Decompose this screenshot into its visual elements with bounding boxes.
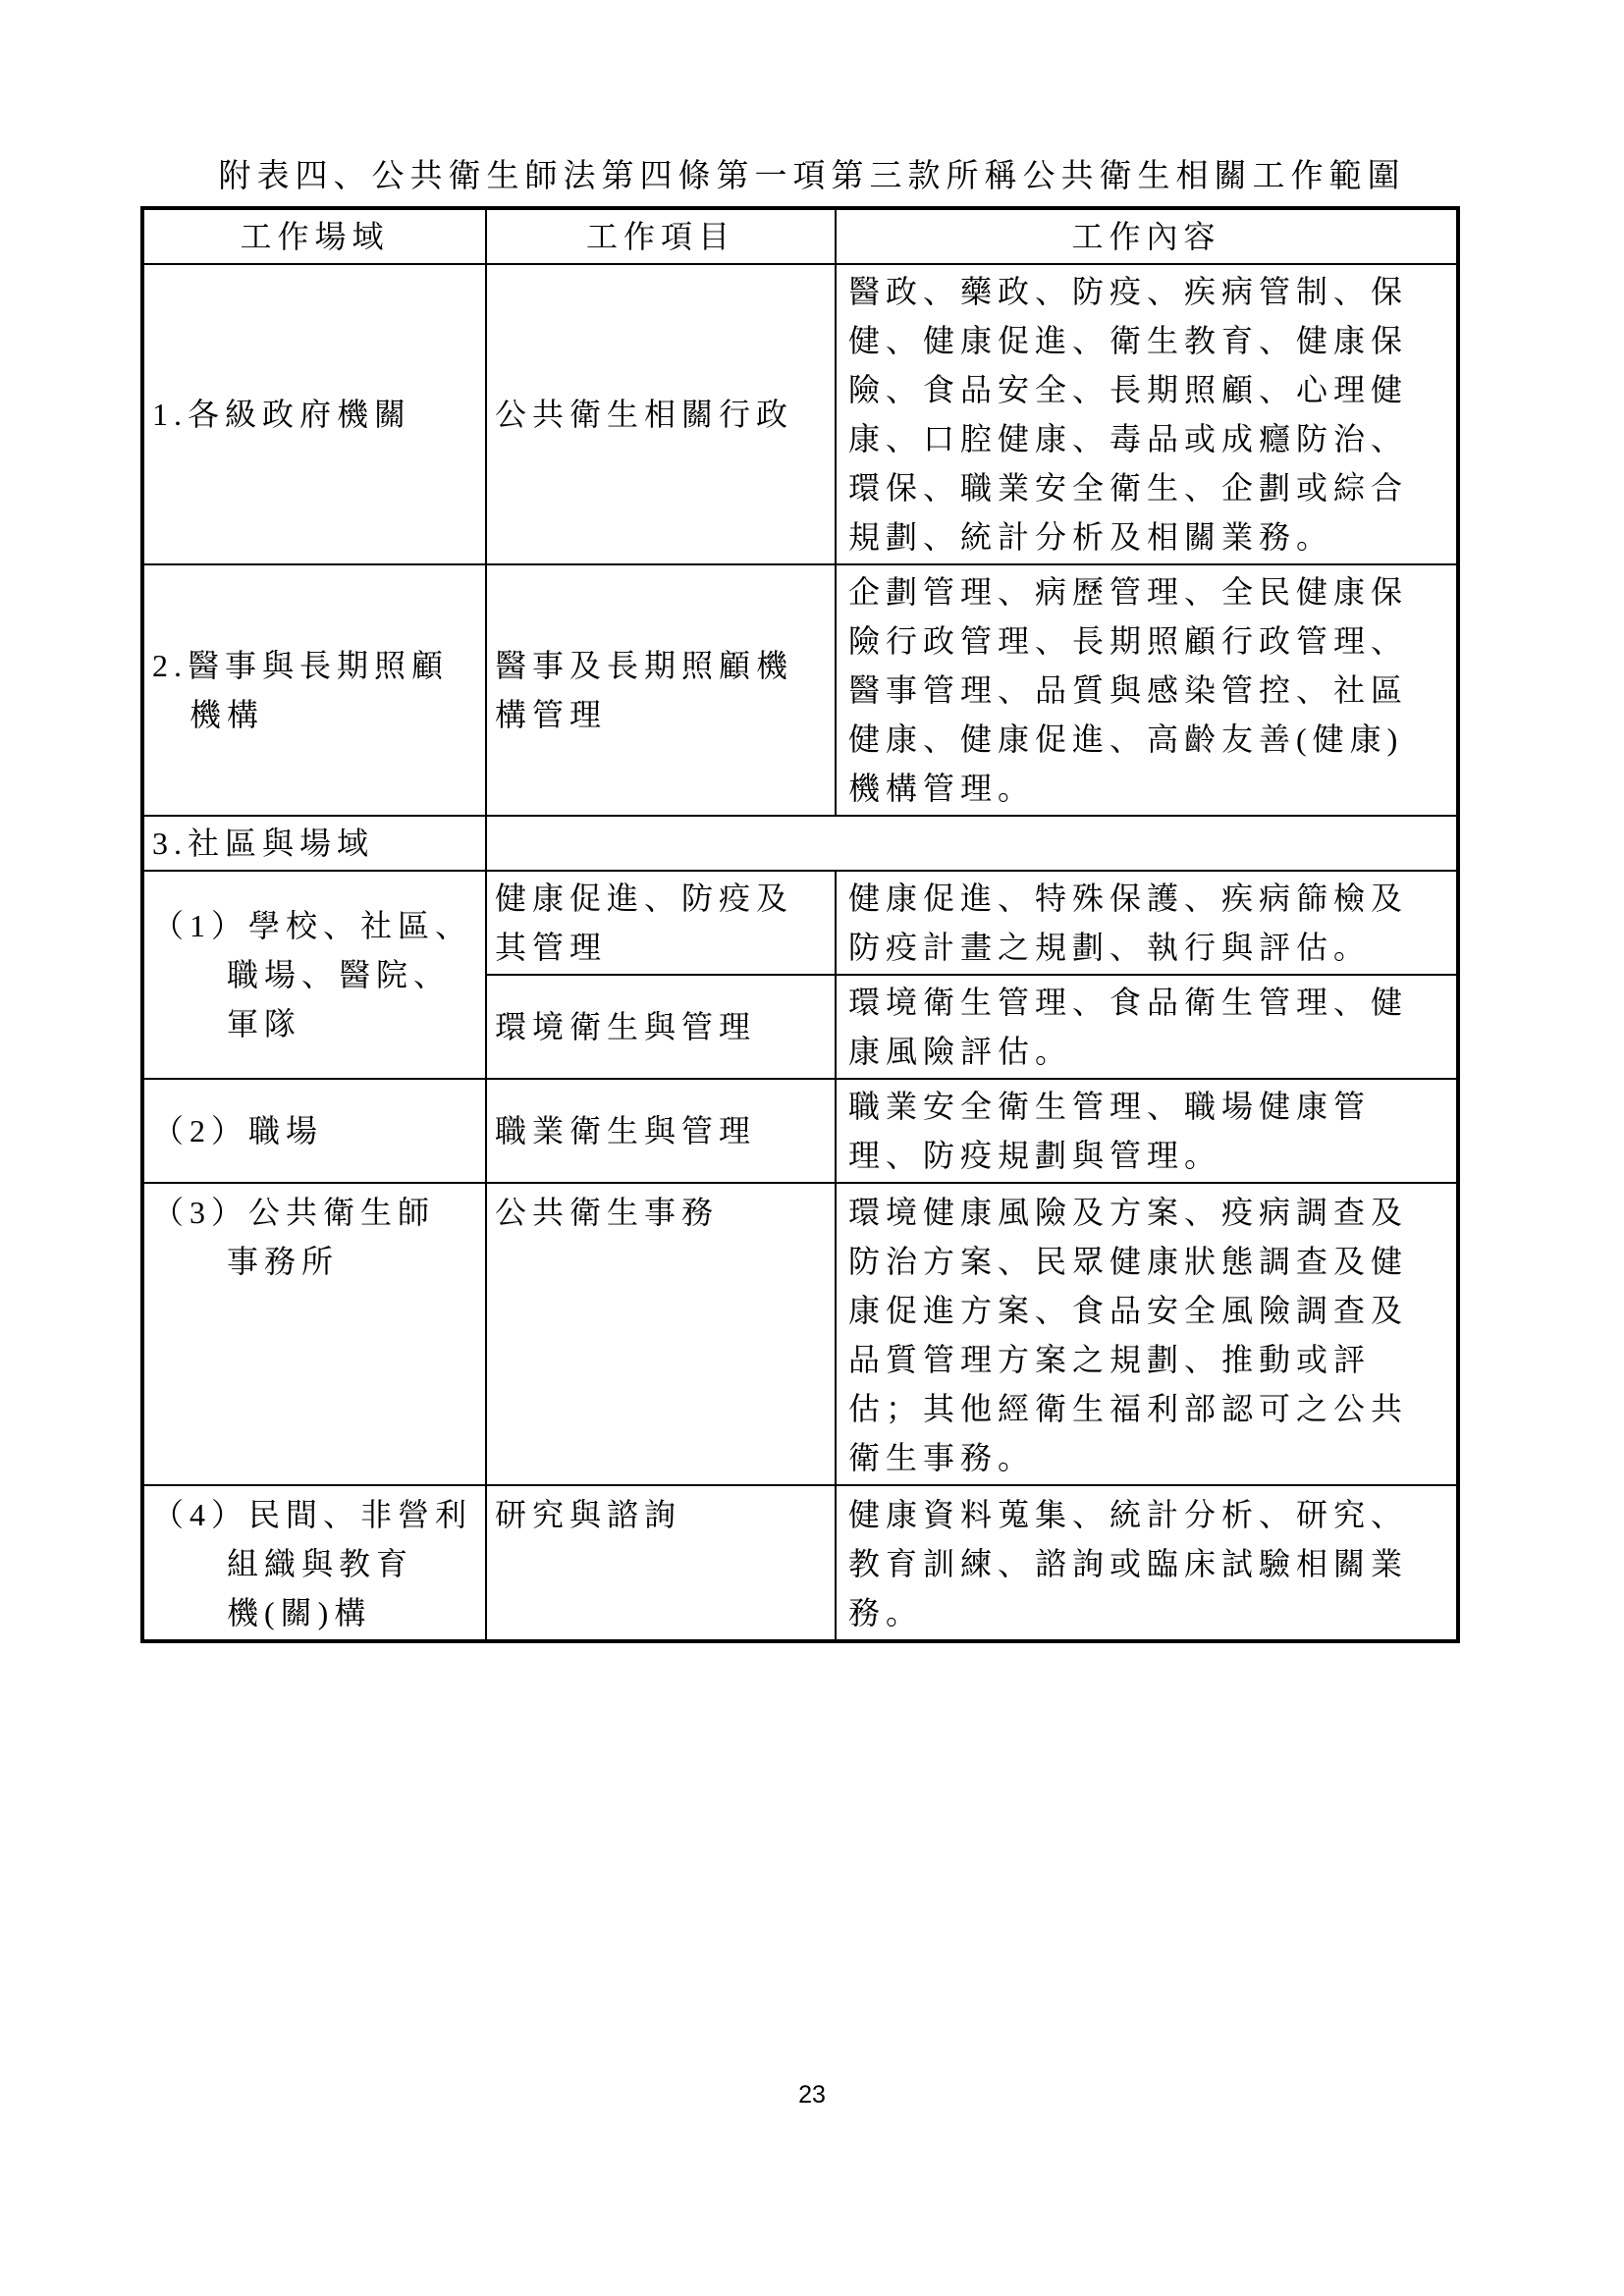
page-number: 23	[0, 2081, 1624, 2109]
cell-venue-medical-longterm-care: 2.醫事與長期照顧 機構	[142, 564, 486, 816]
cell-item-medical-longterm-care-mgmt: 醫事及長期照顧機 構管理	[486, 564, 836, 816]
cell-venue-community-section: 3.社區與場域	[142, 816, 486, 871]
cell-venue-workplace: （2）職場	[142, 1079, 486, 1183]
header-row: 工作場域 工作項目 工作內容	[142, 208, 1458, 264]
cell-venue-government: 1.各級政府機關	[142, 264, 486, 564]
table-row-ph-specialist-office: （3）公共衛生師 事務所 公共衛生事務 環境健康風險及方案、疫病調查及 防治方案…	[142, 1183, 1458, 1485]
table-row-school-community-a: （1）學校、社區、 職場、醫院、 軍隊 健康促進、防疫及 其管理 健康促進、特殊…	[142, 871, 1458, 975]
cell-item-environmental-hygiene: 環境衛生與管理	[486, 975, 836, 1079]
cell-item-research-consulting: 研究與諮詢	[486, 1485, 836, 1641]
cell-empty-merged	[486, 816, 1458, 871]
cell-venue-ph-specialist-office: （3）公共衛生師 事務所	[142, 1183, 486, 1485]
cell-item-public-health-admin: 公共衛生相關行政	[486, 264, 836, 564]
header-work-item: 工作項目	[486, 208, 836, 264]
cell-content-medical-longterm-care: 企劃管理、病歷管理、全民健康保 險行政管理、長期照顧行政管理、 醫事管理、品質與…	[836, 564, 1458, 816]
table-row-medical-longterm-care: 2.醫事與長期照顧 機構 醫事及長期照顧機 構管理 企劃管理、病歷管理、全民健康…	[142, 564, 1458, 816]
cell-content-nonprofit-education: 健康資料蒐集、統計分析、研究、 教育訓練、諮詢或臨床試驗相關業 務。	[836, 1485, 1458, 1641]
page-title: 附表四、公共衛生師法第四條第一項第三款所稱公共衛生相關工作範圍	[0, 0, 1624, 196]
header-work-content: 工作內容	[836, 208, 1458, 264]
cell-content-workplace: 職業安全衛生管理、職場健康管 理、防疫規劃與管理。	[836, 1079, 1458, 1183]
cell-item-public-health-affairs: 公共衛生事務	[486, 1183, 836, 1485]
cell-content-health-promotion-epidemic: 健康促進、特殊保護、疾病篩檢及 防疫計畫之規劃、執行與評估。	[836, 871, 1458, 975]
cell-content-government: 醫政、藥政、防疫、疾病管制、保 健、健康促進、衛生教育、健康保 險、食品安全、長…	[836, 264, 1458, 564]
work-scope-table: 工作場域 工作項目 工作內容 1.各級政府機關 公共衛生相關行政 醫政、藥政、防…	[140, 206, 1460, 1643]
cell-item-occupational-hygiene: 職業衛生與管理	[486, 1079, 836, 1183]
table-row-community-section: 3.社區與場域	[142, 816, 1458, 871]
cell-content-ph-specialist-office: 環境健康風險及方案、疫病調查及 防治方案、民眾健康狀態調查及健 康促進方案、食品…	[836, 1183, 1458, 1485]
cell-venue-nonprofit-education: （4）民間、非營利 組織與教育 機(關)構	[142, 1485, 486, 1641]
cell-venue-school-community: （1）學校、社區、 職場、醫院、 軍隊	[142, 871, 486, 1079]
cell-item-health-promotion-epidemic: 健康促進、防疫及 其管理	[486, 871, 836, 975]
cell-content-environmental-hygiene: 環境衛生管理、食品衛生管理、健 康風險評估。	[836, 975, 1458, 1079]
header-work-venue: 工作場域	[142, 208, 486, 264]
table-row-workplace: （2）職場 職業衛生與管理 職業安全衛生管理、職場健康管 理、防疫規劃與管理。	[142, 1079, 1458, 1183]
table-row-government: 1.各級政府機關 公共衛生相關行政 醫政、藥政、防疫、疾病管制、保 健、健康促進…	[142, 264, 1458, 564]
table-row-nonprofit-education: （4）民間、非營利 組織與教育 機(關)構 研究與諮詢 健康資料蒐集、統計分析、…	[142, 1485, 1458, 1641]
